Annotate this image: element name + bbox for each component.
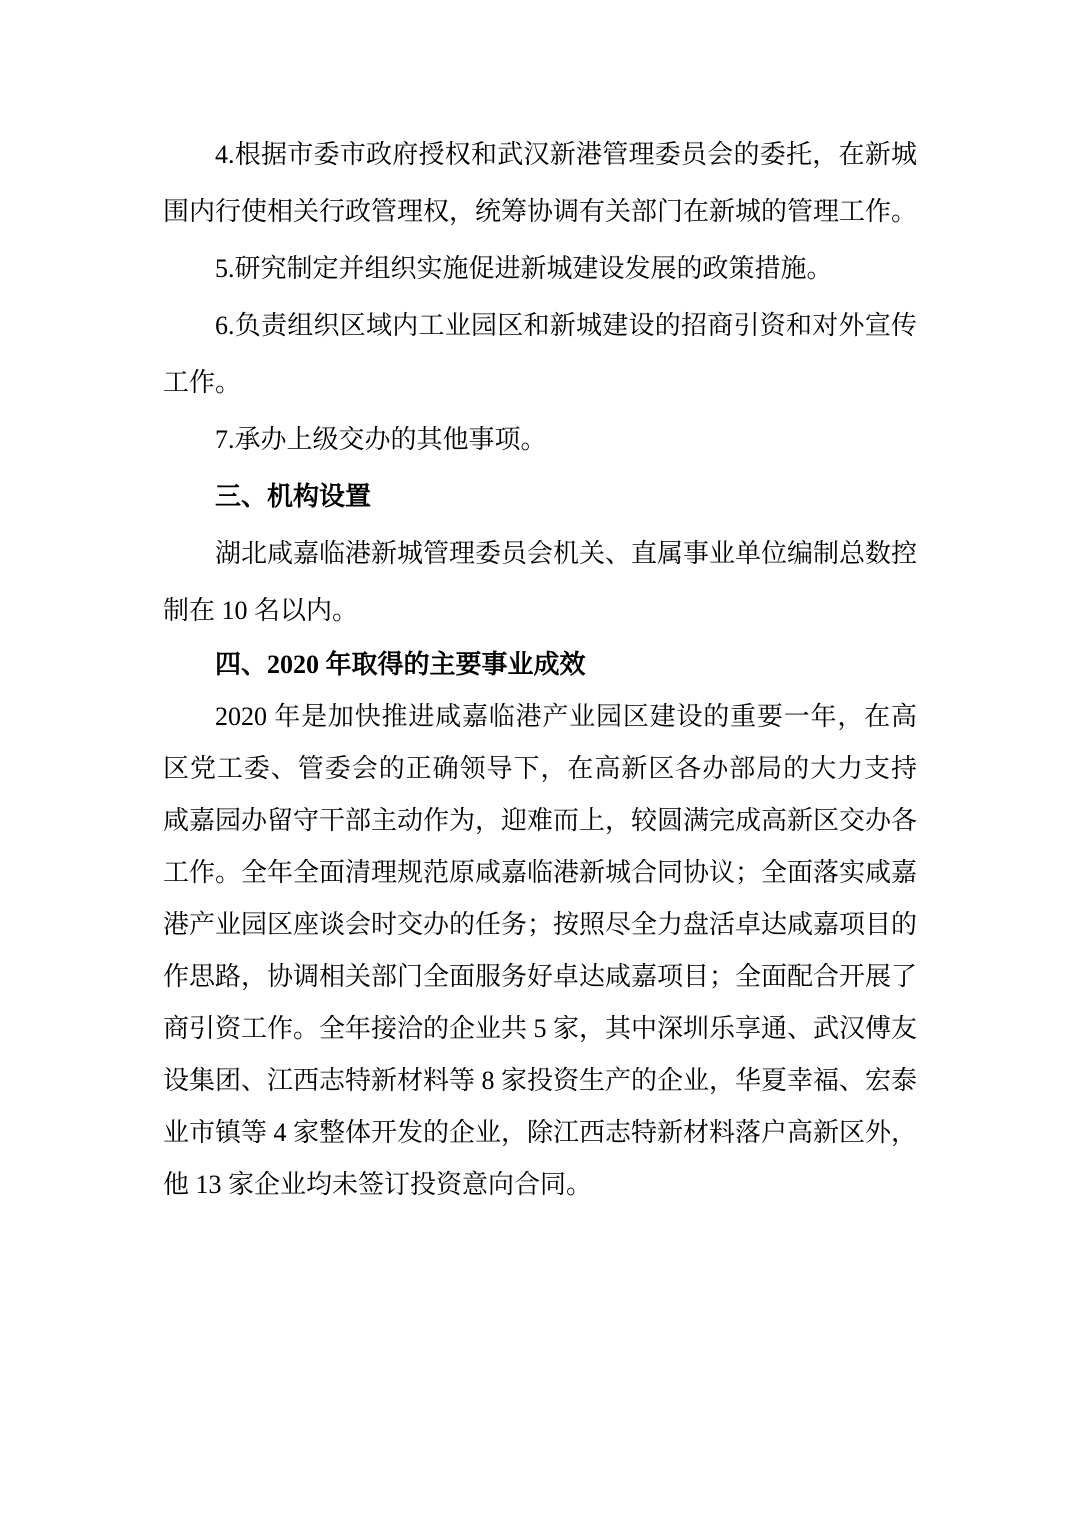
text-line: 业市镇等 4 家整体开发的企业，除江西志特新材料落户高新区外，其 [163,1107,917,1159]
document-body: 4.根据市委市政府授权和武汉新港管理委员会的委托，在新城范围内行使相关行政管理权… [163,126,917,1211]
text-line: 6.负责组织区域内工业园区和新城建设的招商引资和对外宣传 [163,297,917,354]
text-line: 2020 年是加快推进咸嘉临港产业园区建设的重要一年，在高新 [163,691,917,743]
text-line: 咸嘉园办留守干部主动作为，迎难而上，较圆满完成高新区交办各项 [163,795,917,847]
document-page: 4.根据市委市政府授权和武汉新港管理委员会的委托，在新城范围内行使相关行政管理权… [0,0,1074,1520]
text-line: 商引资工作。全年接洽的企业共 5 家，其中深圳乐享通、武汉傅友建 [163,1003,917,1055]
text-line: 湖北咸嘉临港新城管理委员会机关、直属事业单位编制总数控 [163,525,917,582]
text-line: 4.根据市委市政府授权和武汉新港管理委员会的委托，在新城范 [163,126,917,183]
text-line: 港产业园区座谈会时交办的任务；按照尽全力盘活卓达咸嘉项目的工 [163,899,917,951]
section-heading: 三、机构设置 [163,468,917,525]
text-line: 5.研究制定并组织实施促进新城建设发展的政策措施。 [163,240,917,297]
text-line: 7.承办上级交办的其他事项。 [163,411,917,468]
text-line: 围内行使相关行政管理权，统筹协调有关部门在新城的管理工作。 [163,183,917,240]
text-line: 他 13 家企业均未签订投资意向合同。 [163,1159,917,1211]
text-line: 工作。 [163,354,917,411]
text-line: 区党工委、管委会的正确领导下，在高新区各办部局的大力支持下， [163,743,917,795]
text-line: 作思路，协调相关部门全面服务好卓达咸嘉项目；全面配合开展了招 [163,951,917,1003]
section-heading: 四、2020 年取得的主要事业成效 [163,639,917,691]
text-line: 工作。全年全面清理规范原咸嘉临港新城合同协议；全面落实咸嘉临 [163,847,917,899]
text-line: 设集团、江西志特新材料等 8 家投资生产的企业，华夏幸福、宏泰产 [163,1055,917,1107]
text-line: 制在 10 名以内。 [163,582,917,639]
